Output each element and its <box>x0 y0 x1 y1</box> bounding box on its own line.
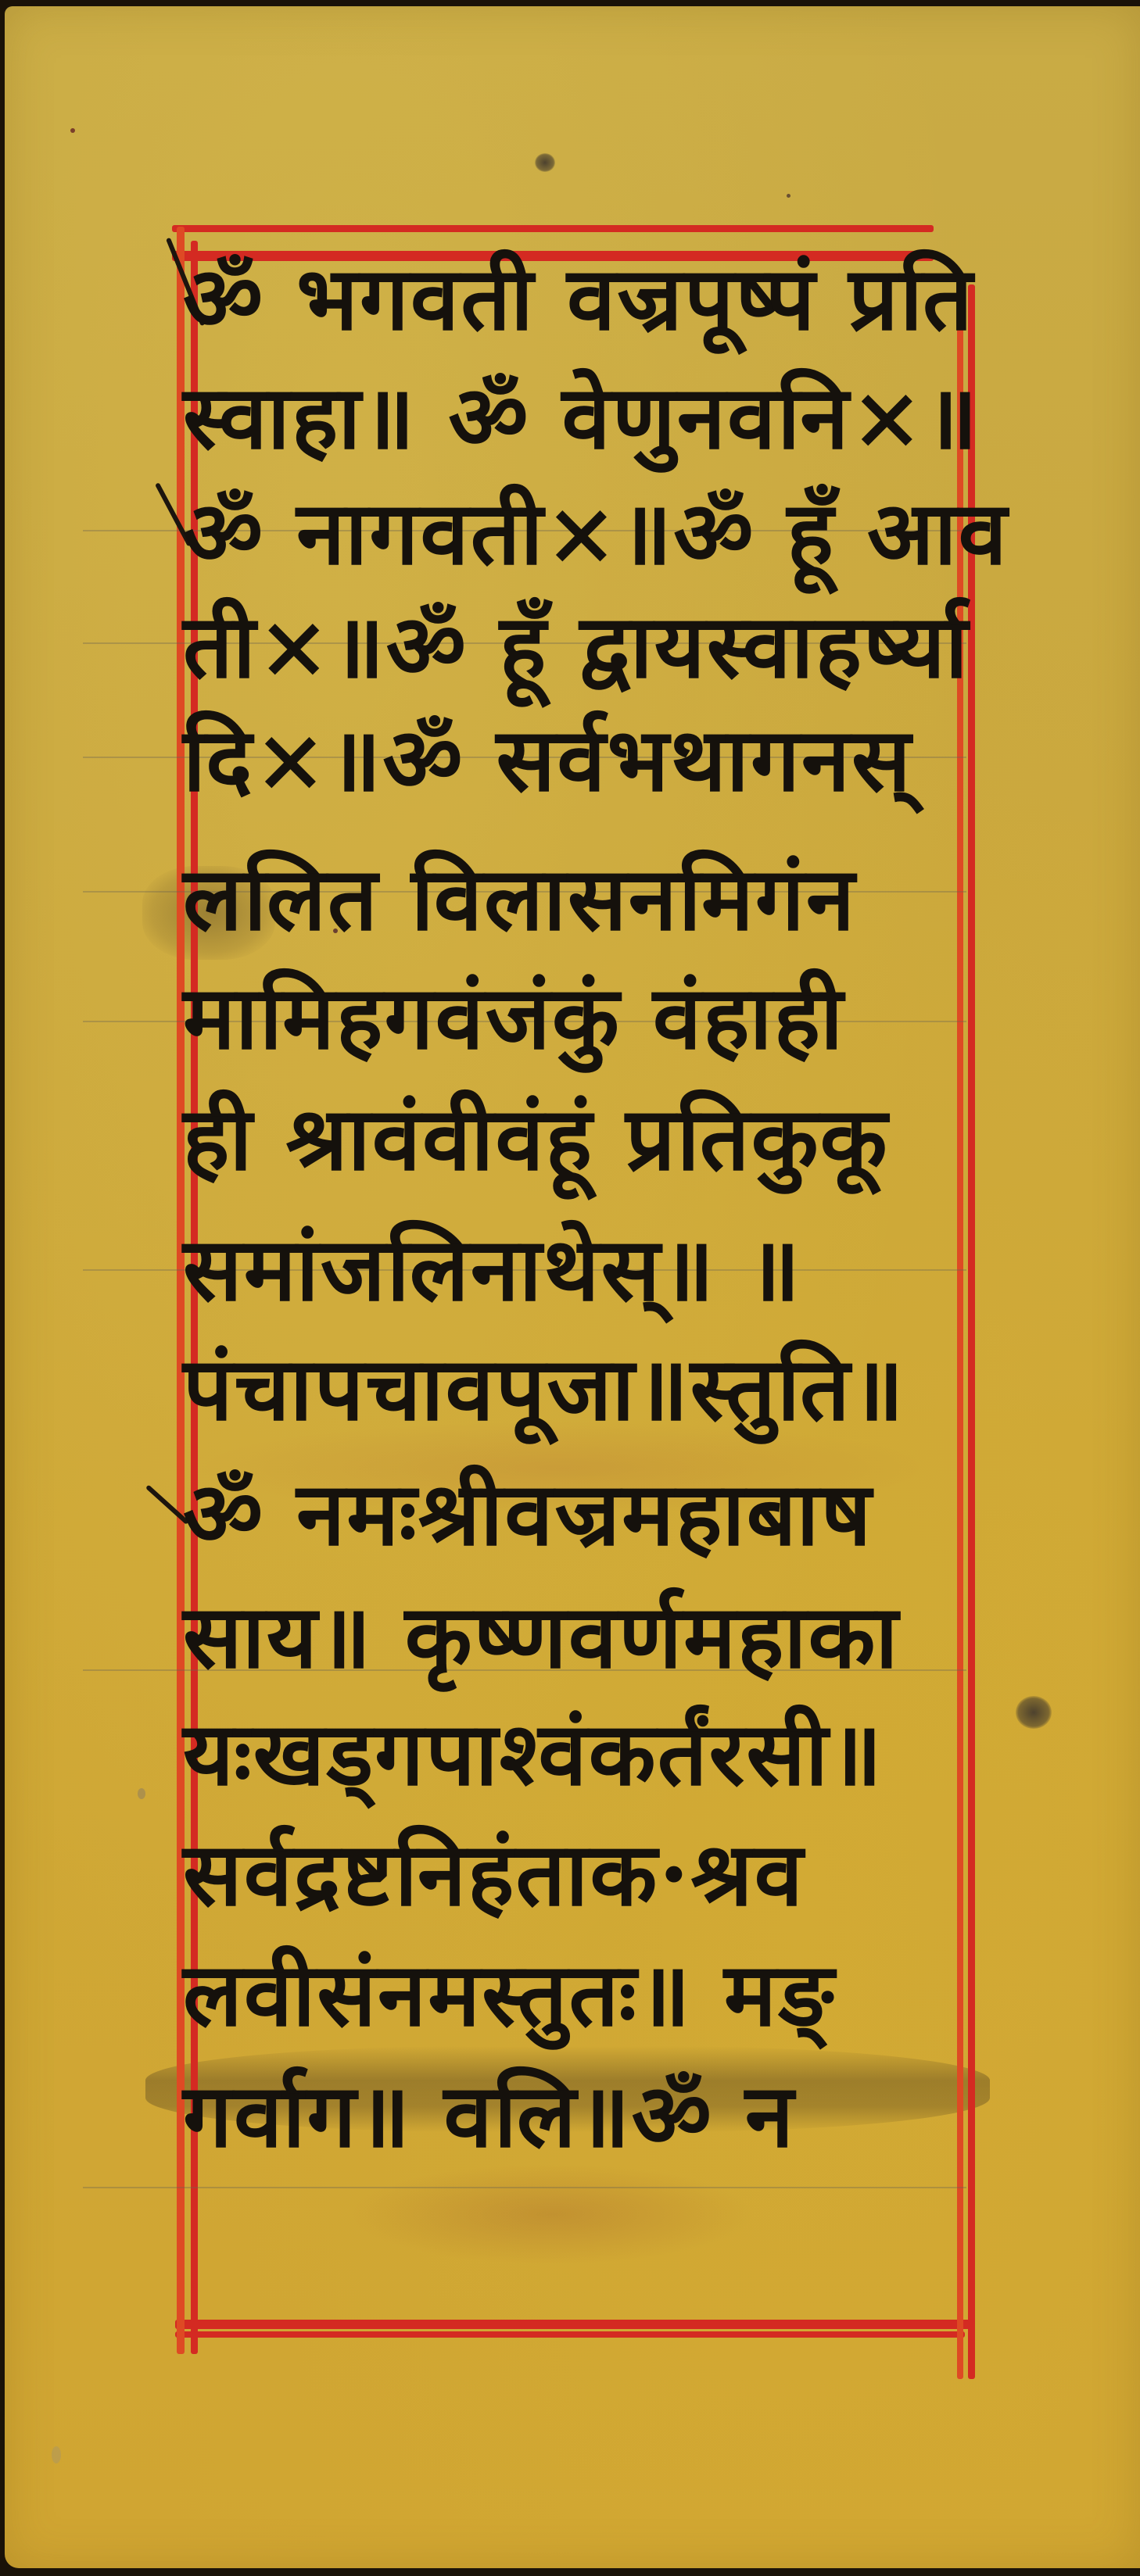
ink-stain-top <box>535 153 555 172</box>
text-line-4: ती×॥ॐ हूँ द्वायस्वाहर्ष्या <box>183 589 973 706</box>
frame-bottom-inner <box>175 2331 965 2338</box>
paper-speck <box>787 194 790 198</box>
paper-speck <box>52 2446 61 2463</box>
text-line-9: समांजलिनाथेस्॥ ॥ <box>183 1211 973 1329</box>
manuscript-page: ॐ भगवती वज्रपूष्पं प्रति स्वाहा॥ ॐ वेणुन… <box>5 6 1140 2568</box>
text-line-3: ॐ नागवती×॥ॐ हूँ आव <box>183 475 973 592</box>
text-line-7: मामिहगवंजंकुं वंहाही <box>183 960 973 1077</box>
text-line-5: दि×॥ॐ सर्वभथागनस् <box>183 702 973 819</box>
text-line-2: स्वाहा॥ ॐ वेणुनवनि×॥ <box>183 360 973 477</box>
frame-bottom-outer <box>175 2320 971 2329</box>
text-line-10: पंचापचावपूजा॥स्तुति॥ <box>183 1331 973 1448</box>
paper-speck <box>70 128 75 133</box>
frame-top-outer <box>172 225 934 232</box>
text-line-12: साय॥ कृष्णवर्णमहाका <box>183 1579 973 1696</box>
text-line-14: सर्वद्रष्टनिहंताक·श्रव <box>183 1816 973 1934</box>
ruling-line <box>83 2187 966 2188</box>
text-line-8: ही श्रावंवीवंहूं प्रतिकुकू <box>183 1081 973 1198</box>
stain-brown-lower <box>349 2163 755 2265</box>
paper-speck <box>138 1788 145 1799</box>
text-line-15: लवीसंनमस्तुतः॥ मङ् <box>183 1937 973 2054</box>
text-line-11: ॐ नमःश्रीवज्रमहाबाष <box>183 1456 973 1573</box>
text-line-6: ललित विलासनमिगंन <box>183 841 973 958</box>
text-line-16: गर्वाग॥ वलि॥ॐ न <box>183 2058 973 2175</box>
ink-stain-right <box>1016 1696 1052 1729</box>
text-line-1: ॐ भगवती वज्रपूष्पं प्रति <box>183 241 973 358</box>
text-line-13: यःखड्गपाश्वंकर्तंरसी॥ <box>183 1696 973 1813</box>
